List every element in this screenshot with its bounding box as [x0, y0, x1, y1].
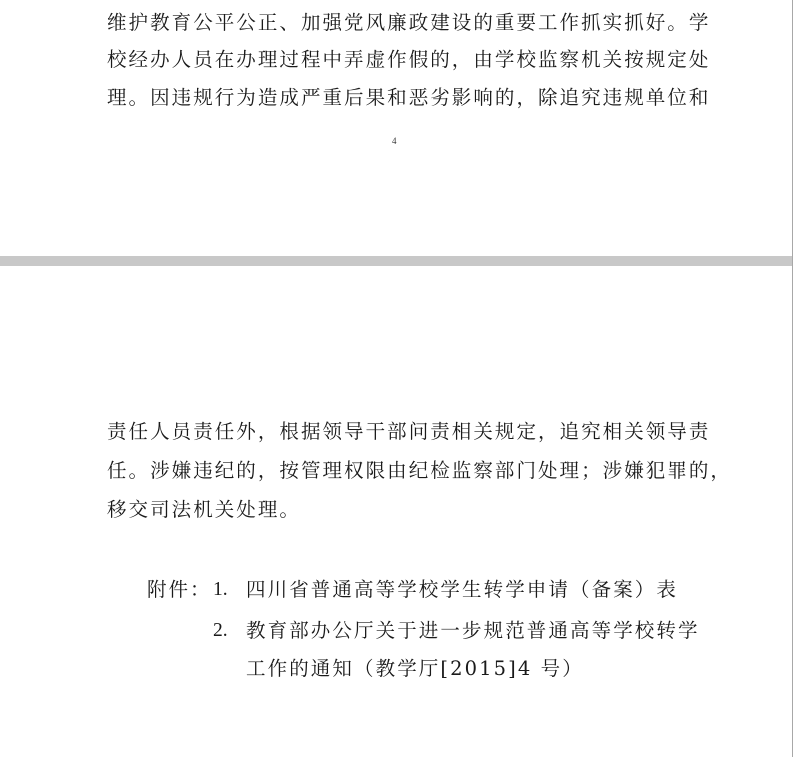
- attachment-item-2-continued: 工作的通知（教学厅[2015]4 号）: [246, 657, 584, 681]
- page-4: 维护教育公平公正、加强党风廉政建设的重要工作抓实抓好。学 校经办人员在办理过程中…: [0, 0, 792, 256]
- attachment-number: 1.: [213, 578, 228, 602]
- body-text-line: 理。因违规行为造成严重后果和恶劣影响的，除追究违规单位和: [107, 86, 695, 110]
- body-text-line: 移交司法机关处理。: [107, 498, 695, 522]
- page-5: 责任人员责任外，根据领导干部问责相关规定，追究相关领导责 任。涉嫌违纪的，按管理…: [0, 266, 792, 757]
- page-number: 4: [392, 136, 397, 146]
- attachment-item-2: 教育部办公厅关于进一步规范普通高等学校转学: [246, 619, 700, 643]
- document-viewer[interactable]: 维护教育公平公正、加强党风廉政建设的重要工作抓实抓好。学 校经办人员在办理过程中…: [0, 0, 793, 757]
- attachment-number: 2.: [213, 619, 228, 643]
- attachments-label: 附件：: [147, 578, 212, 602]
- body-text-line: 维护教育公平公正、加强党风廉政建设的重要工作抓实抓好。学: [107, 11, 695, 35]
- body-text-line: 任。涉嫌违纪的，按管理权限由纪检监察部门处理；涉嫌犯罪的，: [107, 459, 695, 483]
- page-separator: [0, 256, 792, 266]
- body-text-line: 校经办人员在办理过程中弄虚作假的，由学校监察机关按规定处: [107, 48, 695, 72]
- body-text-line: 责任人员责任外，根据领导干部问责相关规定，追究相关领导责: [107, 420, 695, 444]
- attachment-item-1: 四川省普通高等学校学生转学申请（备案）表: [246, 578, 678, 602]
